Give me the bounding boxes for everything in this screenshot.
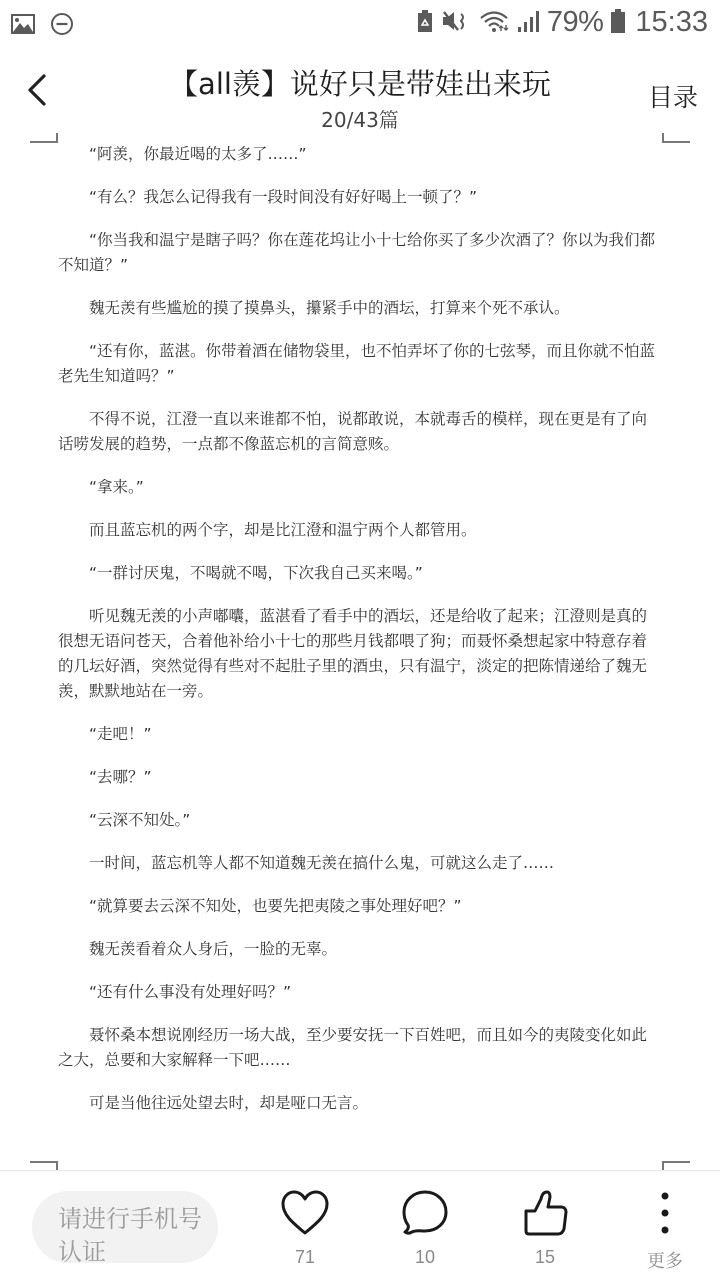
comment-icon <box>399 1189 451 1237</box>
paragraph: “云深不知处。” <box>58 808 660 833</box>
bottom-action-bar: 请进行手机号认证 71 10 15 更多 <box>0 1170 720 1280</box>
paragraph: “阿羡，你最近喝的太多了……” <box>58 142 660 167</box>
paragraph: 魏无羡看着众人身后，一脸的无辜。 <box>58 937 660 962</box>
mute-icon <box>441 9 471 37</box>
thumbs-up-icon <box>519 1189 571 1237</box>
image-icon <box>10 13 36 39</box>
more-vertical-icon <box>639 1189 691 1237</box>
paragraph: 魏无羡有些尴尬的摸了摸鼻头，攥紧手中的酒坛，打算来个死不承认。 <box>58 296 660 321</box>
paragraph: “一群讨厌鬼，不喝就不喝，下次我自己买来喝。” <box>58 561 660 586</box>
paragraph: 可是当他往远处望去时，却是哑口无言。 <box>58 1091 660 1116</box>
battery-icon <box>611 8 625 38</box>
article-title: 【all羡】说好只是带娃出来玩 <box>0 62 720 103</box>
paragraph: 一时间，蓝忘机等人都不知道魏无羡在搞什么鬼，可就这么走了…… <box>58 851 660 876</box>
battery-saver-icon <box>417 9 433 37</box>
comment-button[interactable]: 10 <box>385 1189 465 1268</box>
paragraph: “有么？我怎么记得我有一段时间没有好好喝上一顿了？” <box>58 185 660 210</box>
paragraph: “走吧！” <box>58 722 660 747</box>
clock: 15:33 <box>635 6 708 39</box>
status-bar: 79% 15:33 <box>0 0 720 48</box>
status-bar-left <box>10 12 74 40</box>
paragraph: 而且蓝忘机的两个字，却是比江澄和温宁两个人都管用。 <box>58 518 660 543</box>
paragraph: “你当我和温宁是瞎子吗？你在莲花坞让小十七给你买了多少次酒了？你以为我们都不知道… <box>58 228 660 278</box>
battery-percent: 79% <box>547 6 604 39</box>
do-not-disturb-icon <box>50 12 74 40</box>
paragraph: “去哪？” <box>58 765 660 790</box>
paragraph: “还有什么事没有处理好吗？” <box>58 980 660 1005</box>
like-button[interactable]: 71 <box>265 1189 345 1268</box>
phone-verification-prompt[interactable]: 请进行手机号认证 <box>32 1191 218 1263</box>
heart-icon <box>279 1189 331 1237</box>
recommend-count: 15 <box>505 1247 585 1268</box>
more-label: 更多 <box>625 1247 705 1273</box>
recommend-button[interactable]: 15 <box>505 1189 585 1268</box>
like-count: 71 <box>265 1247 345 1268</box>
wifi-icon <box>479 9 509 37</box>
chapter-progress: 20/43篇 <box>0 104 720 133</box>
reader-header: 【all羡】说好只是带娃出来玩 20/43篇 目录 <box>0 48 720 136</box>
page-corner-marker <box>30 133 58 143</box>
page-corner-marker <box>662 133 690 143</box>
paragraph: 听见魏无羡的小声嘟囔，蓝湛看了看手中的酒坛，还是给收了起来；江澄则是真的很想无语… <box>58 604 660 704</box>
status-bar-right: 79% 15:33 <box>417 6 708 39</box>
table-of-contents-button[interactable]: 目录 <box>648 78 698 114</box>
paragraph: 聂怀桑本想说刚经历一场大战，至少要安抚一下百姓吧，而且如今的夷陵变化如此之大，总… <box>58 1023 660 1073</box>
paragraph: “还有你，蓝湛。你带着酒在储物袋里，也不怕弄坏了你的七弦琴，而且你就不怕蓝老先生… <box>58 339 660 389</box>
signal-icon <box>517 9 539 37</box>
comment-count: 10 <box>385 1247 465 1268</box>
paragraph: “拿来。” <box>58 475 660 500</box>
paragraph: 不得不说，江澄一直以来谁都不怕，说都敢说，本就毒舌的模样，现在更是有了向话唠发展… <box>58 407 660 457</box>
more-button[interactable]: 更多 <box>625 1189 705 1273</box>
article-body: “阿羡，你最近喝的太多了……” “有么？我怎么记得我有一段时间没有好好喝上一顿了… <box>58 142 660 1134</box>
paragraph: “就算要去云深不知处，也要先把夷陵之事处理好吧？” <box>58 894 660 919</box>
